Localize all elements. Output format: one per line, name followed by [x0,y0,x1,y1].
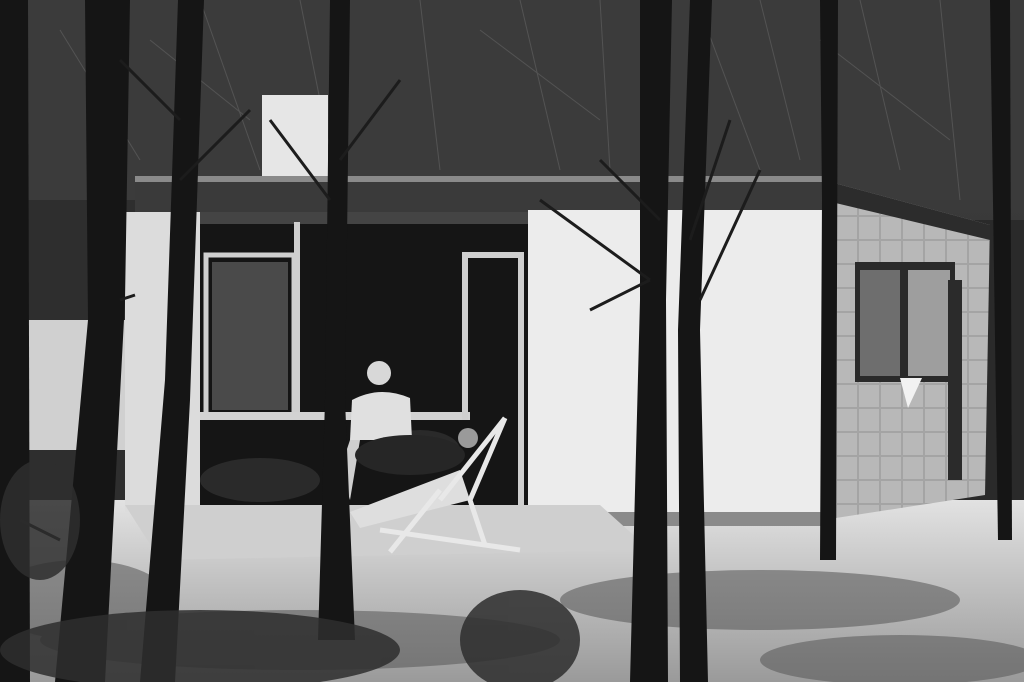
front-wall [528,210,823,518]
chimney [262,95,328,185]
photograph [0,0,1024,682]
photo-scene [0,0,1024,682]
